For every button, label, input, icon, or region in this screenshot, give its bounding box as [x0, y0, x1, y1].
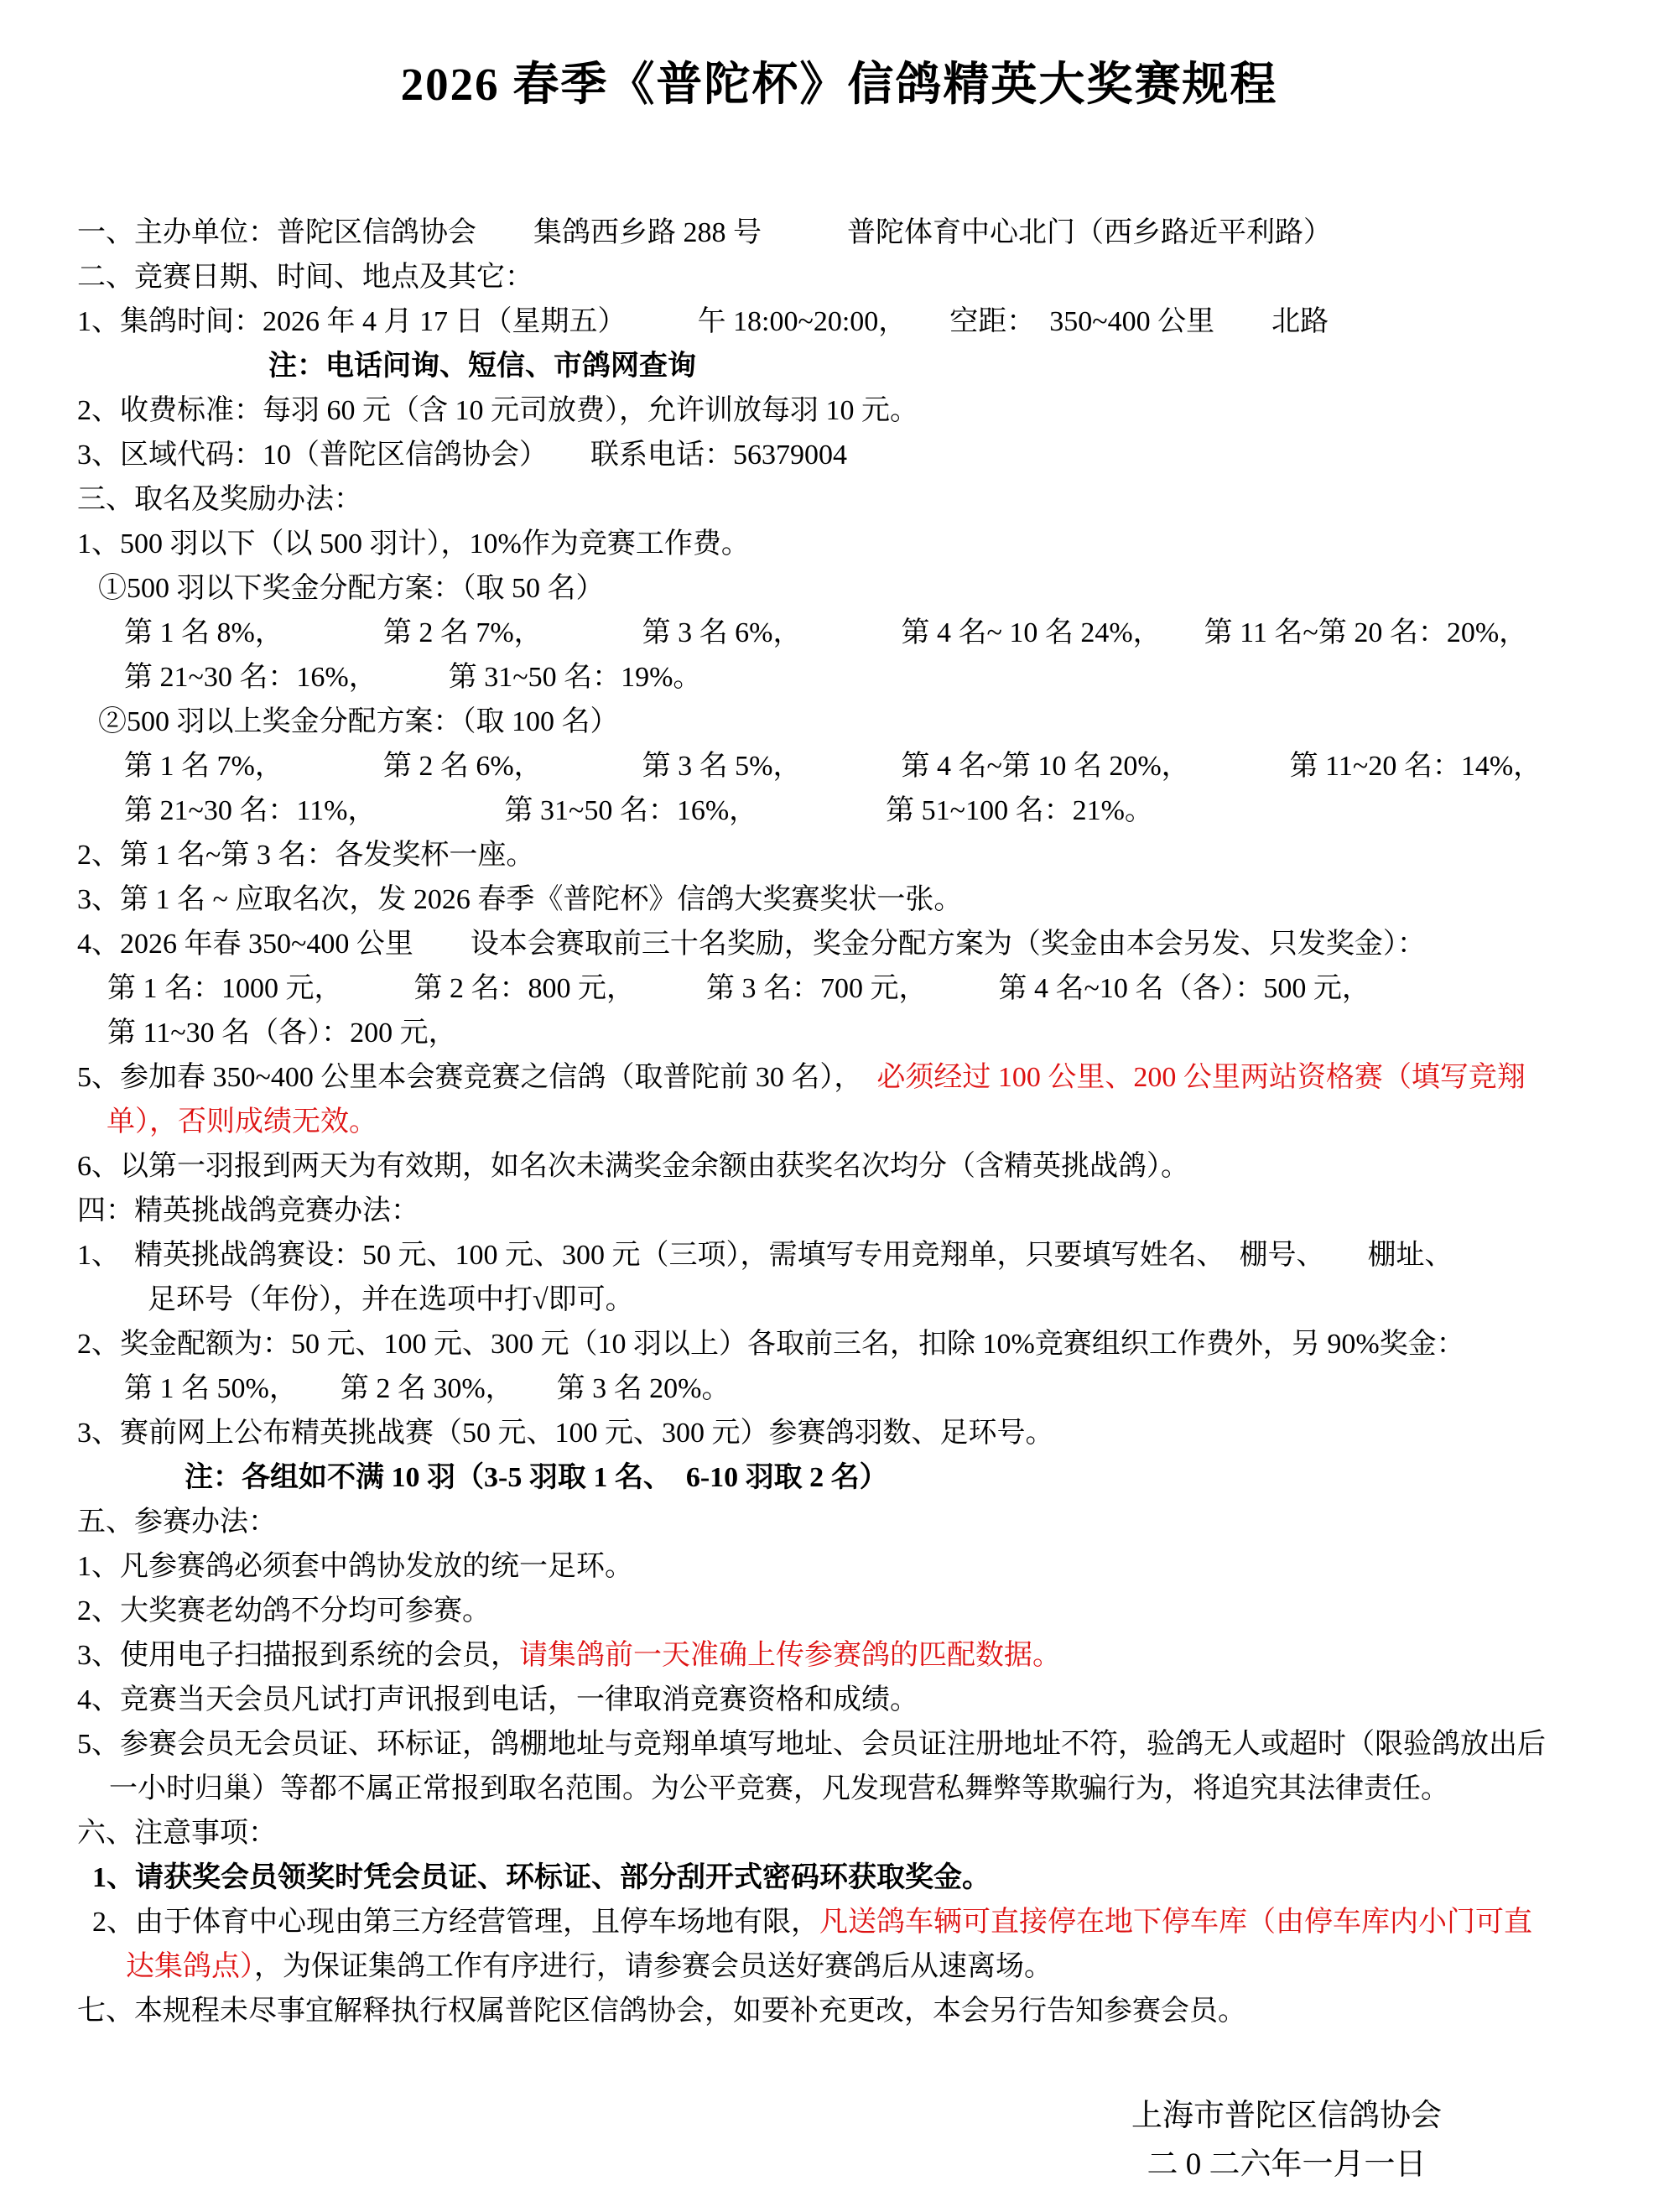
doc-line-22: 6、以第一羽报到两天为有效期，如名次未满奖金余额由获奖名次均分（含精英挑战鸽）。 [77, 1144, 1601, 1189]
doc-text: 注：各组如不满 10 羽（3-5 羽取 1 名、 6-10 羽取 2 名） [185, 1462, 888, 1493]
doc-line-14: 第 21~30 名：11%， 第 31~50 名：16%， 第 51~100 名… [77, 789, 1601, 833]
doc-line-41: 七、本规程未尽事宜解释执行权属普陀区信鸽协会，如要补充更改，本会另行告知参赛会员… [77, 1989, 1601, 2033]
signature-inner: 上海市普陀区信鸽协会 二 0 二六年一月一日 [1131, 2092, 1442, 2189]
doc-line-23: 四：精英挑战鸽竞赛办法： [77, 1189, 1601, 1233]
doc-line-10: 第 1 名 8%， 第 2 名 7%， 第 3 名 6%， 第 4 名~ 10 … [77, 611, 1601, 655]
doc-line-39: 2、由于体育中心现由第三方经营管理，且停车场地有限，凡送鸽车辆可直接停在地下停车… [77, 1900, 1601, 1944]
doc-text: 2、收费标准：每羽 60 元（含 10 元司放费），允许训放每羽 10 元。 [77, 395, 918, 426]
doc-text: ①500 羽以下奖金分配方案：（取 50 名） [98, 573, 605, 604]
doc-text: 第 1 名 50%， 第 2 名 30%， 第 3 名 20%。 [124, 1373, 730, 1404]
doc-line-8: 1、500 羽以下（以 500 羽计），10%作为竞赛工作费。 [77, 522, 1601, 566]
doc-line-27: 第 1 名 50%， 第 2 名 30%， 第 3 名 20%。 [77, 1366, 1601, 1411]
doc-line-25: 足环号（年份），并在选项中打√即可。 [77, 1278, 1601, 1322]
doc-text-red: 达集鸽点） [126, 1951, 254, 1982]
doc-line-4: 注：电话问询、短信、市鸽网查询 [77, 344, 1601, 388]
signature-org: 上海市普陀区信鸽协会 [1131, 2092, 1442, 2141]
doc-text: 1、凡参赛鸽必须套中鸽协发放的统一足环。 [77, 1551, 633, 1582]
document-body: 一、主办单位：普陀区信鸽协会 集鸽西乡路 288 号 普陀体育中心北门（西乡路近… [77, 211, 1601, 2033]
doc-line-6: 3、区域代码：10（普陀区信鸽协会） 联系电话：56379004 [77, 433, 1601, 477]
doc-text: 足环号（年份），并在选项中打√即可。 [148, 1284, 634, 1315]
doc-text: 1、 精英挑战鸽赛设：50 元、100 元、300 元（三项），需填写专用竞翔单… [77, 1240, 1453, 1271]
doc-text: 六、注意事项： [77, 1818, 277, 1849]
doc-text-red: 请集鸽前一天准确上传参赛鸽的匹配数据。 [519, 1640, 1061, 1671]
document-page: 2026 春季《普陀杯》信鸽精英大奖赛规程 一、主办单位：普陀区信鸽协会 集鸽西… [0, 0, 1664, 2212]
doc-line-17: 4、2026 年春 350~400 公里 设本会赛取前三十名奖励，奖金分配方案为… [77, 922, 1601, 966]
doc-line-33: 3、使用电子扫描报到系统的会员，请集鸽前一天准确上传参赛鸽的匹配数据。 [77, 1633, 1601, 1678]
doc-line-1: 一、主办单位：普陀区信鸽协会 集鸽西乡路 288 号 普陀体育中心北门（西乡路近… [77, 211, 1601, 255]
doc-text: 1、集鸽时间：2026 年 4 月 17 日（星期五） 午 18:00~20:0… [77, 306, 1329, 337]
doc-text: 5、参加春 350~400 公里本会赛竞赛之信鸽（取普陀前 30 名）， [77, 1062, 876, 1093]
doc-text: 2、奖金配额为：50 元、100 元、300 元（10 羽以上）各取前三名，扣除… [77, 1329, 1465, 1360]
doc-text: 注：电话问询、短信、市鸽网查询 [268, 351, 696, 382]
doc-line-16: 3、第 1 名 ~ 应取名次，发 2026 春季《普陀杯》信鸽大奖赛奖状一张。 [77, 877, 1601, 922]
doc-text: 第 1 名 8%， 第 2 名 7%， 第 3 名 6%， 第 4 名~ 10 … [124, 617, 1527, 648]
signature-block: 上海市普陀区信鸽协会 二 0 二六年一月一日 [77, 2092, 1601, 2189]
doc-text: 3、第 1 名 ~ 应取名次，发 2026 春季《普陀杯》信鸽大奖赛奖状一张。 [77, 884, 962, 915]
doc-text: 3、赛前网上公布精英挑战赛（50 元、100 元、300 元）参赛鸽羽数、足环号… [77, 1418, 1054, 1449]
doc-line-21: 单），否则成绩无效。 [77, 1100, 1601, 1144]
doc-text: 一小时归巢）等都不属正常报到取名范围。为公平竞赛，凡发现营私舞弊等欺骗行为，将追… [109, 1773, 1449, 1804]
doc-line-40: 达集鸽点），为保证集鸽工作有序进行，请参赛会员送好赛鸽后从速离场。 [77, 1944, 1601, 1989]
doc-text-red: 凡送鸽车辆可直接停在地下停车库（由停车库内小门可直 [819, 1907, 1532, 1938]
doc-line-5: 2、收费标准：每羽 60 元（含 10 元司放费），允许训放每羽 10 元。 [77, 388, 1601, 433]
doc-line-20: 5、参加春 350~400 公里本会赛竞赛之信鸽（取普陀前 30 名）， 必须经… [77, 1055, 1601, 1100]
doc-line-34: 4、竞赛当天会员凡试打声讯报到电话，一律取消竞赛资格和成绩。 [77, 1678, 1601, 1722]
doc-line-19: 第 11~30 名（各）：200 元， [77, 1011, 1601, 1055]
doc-line-2: 二、竞赛日期、时间、地点及其它： [77, 255, 1601, 299]
doc-line-35: 5、参赛会员无会员证、环标证，鸽棚地址与竞翔单填写地址、会员证注册地址不符，验鸽… [77, 1722, 1601, 1767]
doc-text: 4、竞赛当天会员凡试打声讯报到电话，一律取消竞赛资格和成绩。 [77, 1684, 918, 1715]
doc-text: 第 1 名 7%， 第 2 名 6%， 第 3 名 5%， 第 4 名~第 10… [124, 751, 1542, 782]
doc-line-26: 2、奖金配额为：50 元、100 元、300 元（10 羽以上）各取前三名，扣除… [77, 1322, 1601, 1366]
doc-text-red: 必须经过 100 公里、200 公里两站资格赛（填写竞翔 [876, 1062, 1526, 1093]
doc-text: 5、参赛会员无会员证、环标证，鸽棚地址与竞翔单填写地址、会员证注册地址不符，验鸽… [77, 1729, 1546, 1760]
doc-text: 3、使用电子扫描报到系统的会员， [77, 1640, 519, 1671]
doc-line-31: 1、凡参赛鸽必须套中鸽协发放的统一足环。 [77, 1544, 1601, 1589]
doc-line-37: 六、注意事项： [77, 1811, 1601, 1855]
doc-line-11: 第 21~30 名：16%， 第 31~50 名：19%。 [77, 655, 1601, 700]
doc-text: 四：精英挑战鸽竞赛办法： [77, 1195, 419, 1226]
doc-line-28: 3、赛前网上公布精英挑战赛（50 元、100 元、300 元）参赛鸽羽数、足环号… [77, 1411, 1601, 1455]
doc-text: 第 1 名：1000 元， 第 2 名：800 元， 第 3 名：700 元， … [107, 973, 1370, 1004]
doc-line-18: 第 1 名：1000 元， 第 2 名：800 元， 第 3 名：700 元， … [77, 966, 1601, 1011]
doc-text: 五、参赛办法： [77, 1507, 277, 1538]
doc-line-9: ①500 羽以下奖金分配方案：（取 50 名） [77, 566, 1601, 611]
doc-line-30: 五、参赛办法： [77, 1500, 1601, 1544]
doc-text: 二、竞赛日期、时间、地点及其它： [77, 262, 533, 293]
doc-text: 七、本规程未尽事宜解释执行权属普陀区信鸽协会，如要补充更改，本会另行告知参赛会员… [77, 1996, 1246, 2027]
doc-text: 4、2026 年春 350~400 公里 设本会赛取前三十名奖励，奖金分配方案为… [77, 929, 1426, 960]
doc-line-3: 1、集鸽时间：2026 年 4 月 17 日（星期五） 午 18:00~20:0… [77, 299, 1601, 344]
doc-text: 6、以第一羽报到两天为有效期，如名次未满奖金余额由获奖名次均分（含精英挑战鸽）。 [77, 1151, 1189, 1182]
doc-line-38: 1、请获奖会员领奖时凭会员证、环标证、部分刮开式密码环获取奖金。 [77, 1855, 1601, 1900]
doc-line-12: ②500 羽以上奖金分配方案：（取 100 名） [77, 700, 1601, 744]
doc-line-32: 2、大奖赛老幼鸽不分均可参赛。 [77, 1589, 1601, 1633]
doc-text: 1、请获奖会员领奖时凭会员证、环标证、部分刮开式密码环获取奖金。 [92, 1862, 991, 1893]
doc-line-15: 2、第 1 名~第 3 名：各发奖杯一座。 [77, 833, 1601, 877]
doc-text: ②500 羽以上奖金分配方案：（取 100 名） [98, 706, 619, 737]
doc-line-24: 1、 精英挑战鸽赛设：50 元、100 元、300 元（三项），需填写专用竞翔单… [77, 1233, 1601, 1278]
doc-text: 2、第 1 名~第 3 名：各发奖杯一座。 [77, 840, 534, 871]
doc-line-36: 一小时归巢）等都不属正常报到取名范围。为公平竞赛，凡发现营私舞弊等欺骗行为，将追… [77, 1767, 1601, 1811]
doc-text: 第 21~30 名：11%， 第 31~50 名：16%， 第 51~100 名… [124, 795, 1153, 826]
doc-line-29: 注：各组如不满 10 羽（3-5 羽取 1 名、 6-10 羽取 2 名） [77, 1455, 1601, 1500]
document-title: 2026 春季《普陀杯》信鸽精英大奖赛规程 [77, 47, 1601, 113]
doc-text: 2、大奖赛老幼鸽不分均可参赛。 [77, 1595, 491, 1626]
doc-line-13: 第 1 名 7%， 第 2 名 6%， 第 3 名 5%， 第 4 名~第 10… [77, 744, 1601, 789]
doc-line-7: 三、取名及奖励办法： [77, 477, 1601, 522]
doc-text: 三、取名及奖励办法： [77, 484, 362, 515]
doc-text-red: 单），否则成绩无效。 [107, 1106, 377, 1137]
doc-text: 3、区域代码：10（普陀区信鸽协会） 联系电话：56379004 [77, 440, 847, 471]
doc-text: ，为保证集鸽工作有序进行，请参赛会员送好赛鸽后从速离场。 [254, 1951, 1053, 1982]
doc-text: 一、主办单位：普陀区信鸽协会 集鸽西乡路 288 号 普陀体育中心北门（西乡路近… [77, 217, 1332, 248]
doc-text: 1、500 羽以下（以 500 羽计），10%作为竞赛工作费。 [77, 528, 750, 560]
doc-text: 第 21~30 名：16%， 第 31~50 名：19%。 [124, 662, 701, 693]
doc-text: 第 11~30 名（各）：200 元， [107, 1018, 457, 1049]
doc-text: 2、由于体育中心现由第三方经营管理，且停车场地有限， [92, 1907, 819, 1938]
signature-date: 二 0 二六年一月一日 [1131, 2141, 1442, 2189]
